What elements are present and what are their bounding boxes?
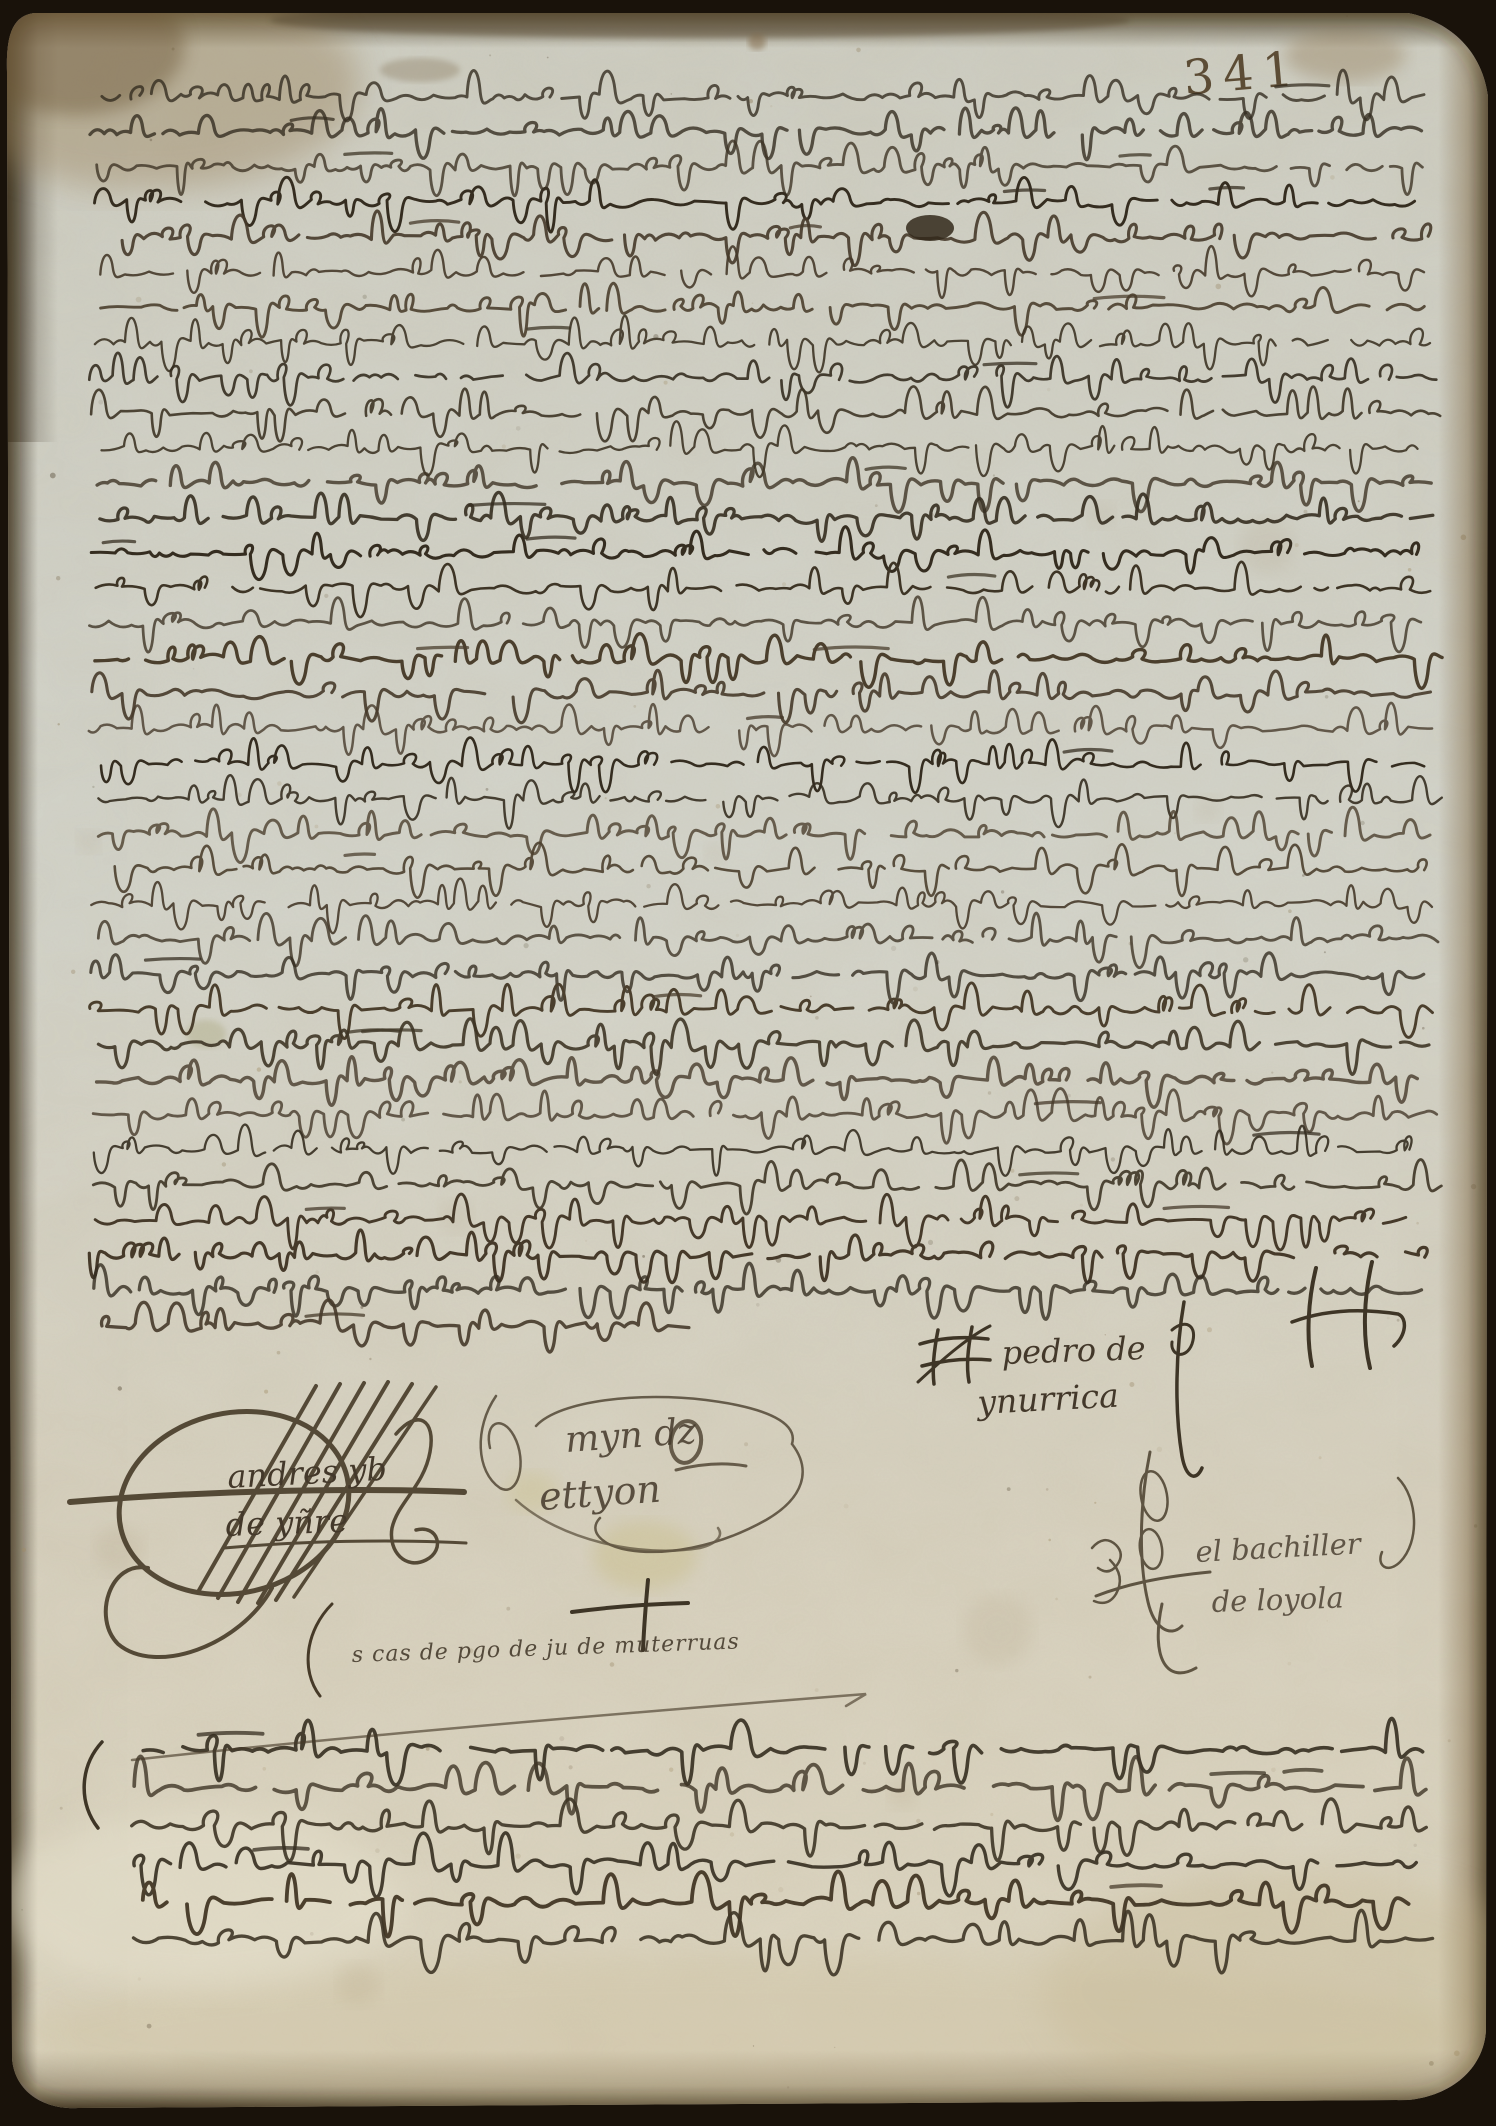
abbreviation-bar xyxy=(199,1733,263,1735)
abbreviation-bar xyxy=(1004,190,1044,191)
abbreviation-bar xyxy=(1120,155,1150,156)
abbreviation-bar xyxy=(984,363,1036,364)
abbreviation-bar xyxy=(1111,1885,1161,1887)
abbreviation-bar xyxy=(146,959,200,961)
abbreviation-bar xyxy=(528,327,569,329)
abbreviation-bar xyxy=(1210,188,1244,189)
abbreviation-bar xyxy=(306,1208,344,1209)
manuscript-page-canvas: 341 xyxy=(0,0,1496,2126)
signature-pedro-line2: ynurrica xyxy=(974,1376,1119,1422)
abbreviation-bar xyxy=(1211,1773,1264,1774)
abbreviation-bar xyxy=(345,854,375,855)
signature-pedro-line1: pedro de xyxy=(1001,1329,1146,1372)
abbreviation-bar xyxy=(418,647,468,648)
abbreviation-bar xyxy=(363,1030,422,1032)
ink-blot xyxy=(906,215,954,241)
abbreviation-bar xyxy=(748,717,783,719)
abbreviation-bar xyxy=(254,1848,308,1850)
abbreviation-bar xyxy=(345,153,392,155)
abbreviation-bar xyxy=(1020,1173,1078,1175)
signature-bachiller-line2: de loyola xyxy=(1211,1580,1344,1619)
abbreviation-bar xyxy=(103,541,134,543)
signature-myn-line2: ettyon xyxy=(538,1467,663,1519)
abbreviation-bar xyxy=(470,504,545,506)
signature-andres-line2: de yñre xyxy=(225,1502,349,1544)
abbreviation-bar xyxy=(1284,1770,1321,1772)
manuscript-scan: 341 xyxy=(0,0,1496,2126)
